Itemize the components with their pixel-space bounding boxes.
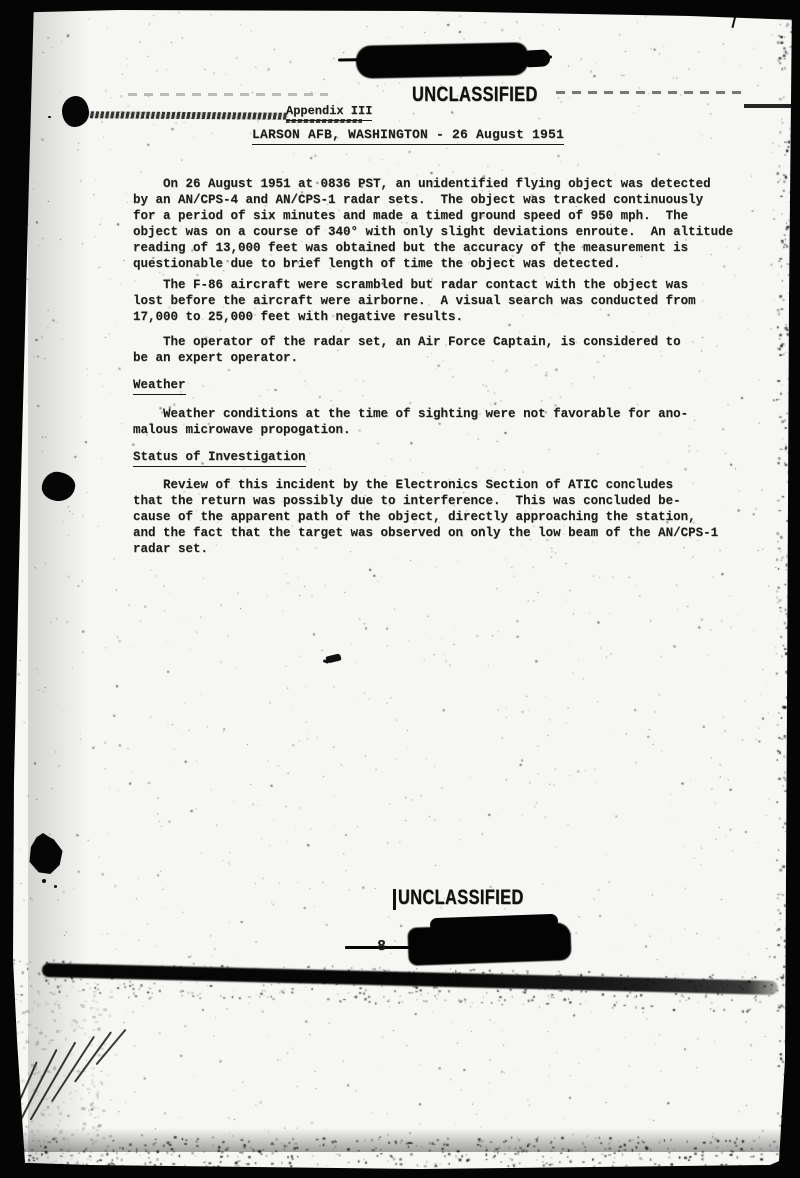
ink-speck: [54, 885, 57, 888]
paragraph-operator: The operator of the radar set, an Air Fo…: [133, 334, 681, 366]
scan-edge-right: [756, 0, 800, 1178]
ink-speck: [42, 879, 46, 883]
appendix-label: Appendix III: [286, 103, 372, 121]
weather-heading: Weather: [133, 377, 186, 395]
page-number: 8: [377, 939, 386, 955]
ink-speck: [48, 116, 51, 118]
redaction-bar-top-tail: [522, 49, 551, 67]
weather-heading-text: Weather: [133, 377, 186, 395]
scan-edge-top: [0, 0, 800, 22]
status-paragraph: Review of this incident by the Electroni…: [133, 477, 718, 557]
paper-shadow-left: [28, 0, 88, 1178]
ink-blot-top-left: [62, 96, 89, 127]
paper-shadow-bottom: [0, 1128, 800, 1152]
scan-edge-bottom: [0, 1146, 800, 1178]
scan-edge-left: [0, 0, 40, 1178]
faint-dash-line-right: [556, 91, 748, 94]
pen-scribble-line: [86, 111, 288, 119]
redaction-bar-top: [356, 42, 529, 79]
unclassified-stamp-top: UNCLASSIFIED: [412, 83, 538, 107]
faint-dash-line-left: [128, 93, 328, 96]
redaction-bar-bottom: [407, 922, 571, 966]
edge-dash-mark: [744, 104, 798, 108]
unclassified-stamp-bottom: UNCLASSIFIED: [398, 886, 524, 910]
ink-blot-mid-left: [40, 470, 77, 503]
stamp-edge-mark: [393, 889, 396, 910]
ink-blot-bottom-left: [28, 833, 64, 874]
status-heading-text: Status of Investigation: [133, 449, 306, 467]
paragraph-intercept: The F-86 aircraft were scrambled but rad…: [133, 277, 696, 325]
scanned-document-page: Appendix III LARSON AFB, WASHINGTON - 26…: [0, 0, 800, 1178]
appendix-label-text: Appendix III: [286, 103, 372, 121]
weather-paragraph: Weather conditions at the time of sighti…: [133, 406, 688, 438]
document-title-text: LARSON AFB, WASHINGTON - 26 August 1951: [252, 127, 564, 145]
document-title: LARSON AFB, WASHINGTON - 26 August 1951: [252, 127, 564, 145]
stray-ink-mark: [323, 659, 330, 664]
status-heading: Status of Investigation: [133, 449, 306, 467]
page-separation-band: [42, 963, 778, 995]
paragraph-sighting: On 26 August 1951 at 0836 PST, an uniden…: [133, 176, 733, 272]
